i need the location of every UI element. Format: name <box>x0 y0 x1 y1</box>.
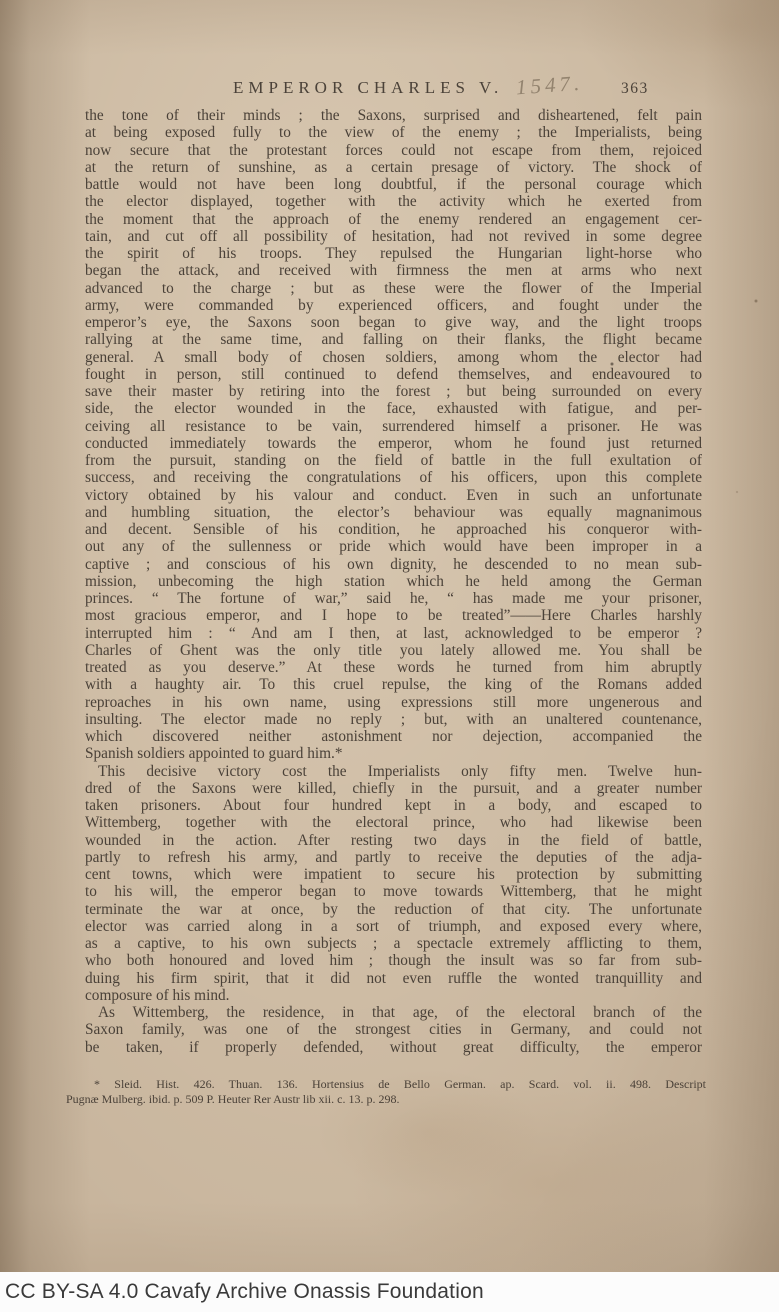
text-line: as a captive, to his own subjects ; a sp… <box>85 935 702 952</box>
text-line: Pugnæ Mulberg. ibid. p. 509 P. Heuter Re… <box>66 1092 706 1107</box>
text-line: captive ; and conscious of his own digni… <box>85 556 702 573</box>
text-line: the moment that the approach of the enem… <box>85 211 702 228</box>
text-line: victory obtained by his valour and condu… <box>85 487 702 504</box>
text-line: composure of his mind. <box>85 987 702 1004</box>
text-line: conducted immediately towards the empero… <box>85 435 702 452</box>
scanned-book-page: EMPEROR CHARLES V. 1547. 363 the tone of… <box>0 0 779 1272</box>
text-line: out any of the sullenness or pride which… <box>85 538 702 555</box>
text-line: the tone of their minds ; the Saxons, su… <box>85 107 702 124</box>
text-line: treated as you deserve.” At these words … <box>85 659 702 676</box>
text-line: ceiving all resistance to be vain, surre… <box>85 418 702 435</box>
text-line: dred of the Saxons were killed, chiefly … <box>85 780 702 797</box>
text-line: battle would not have been long doubtful… <box>85 176 702 193</box>
page-number: 363 <box>621 80 649 98</box>
text-line: * Sleid. Hist. 426. Thuan. 136. Hortensi… <box>66 1077 706 1092</box>
text-line: Charles of Ghent was the only title you … <box>85 642 702 659</box>
text-line: advanced to the charge ; but as these we… <box>85 280 702 297</box>
text-line: the elector displayed, together with the… <box>85 193 702 210</box>
text-line: partly to refresh his army, and partly t… <box>85 849 702 866</box>
text-line: the spirit of his troops. They repulsed … <box>85 245 702 262</box>
text-line: As Wittemberg, the residence, in that ag… <box>85 1004 702 1021</box>
text-line: now secure that the protestant forces co… <box>85 142 702 159</box>
text-line: save their master by retiring into the f… <box>85 383 702 400</box>
text-line: be taken, if properly defended, without … <box>85 1039 702 1056</box>
text-line: Spanish soldiers appointed to guard him.… <box>85 745 702 762</box>
text-line: at the return of sunshine, as a certain … <box>85 159 702 176</box>
text-line: began the attack, and received with firm… <box>85 262 702 279</box>
text-line: mission, unbecoming the high station whi… <box>85 573 702 590</box>
text-line: to his will, the emperor began to move t… <box>85 883 702 900</box>
text-line: and decent. Sensible of his condition, h… <box>85 521 702 538</box>
text-line: side, the elector wounded in the face, e… <box>85 400 702 417</box>
text-line: terminate the war at once, by the reduct… <box>85 901 702 918</box>
text-line: Wittemberg, together with the electoral … <box>85 814 702 831</box>
text-line: emperor’s eye, the Saxons soon began to … <box>85 314 702 331</box>
text-line: with a haughty air. To this cruel repuls… <box>85 676 702 693</box>
text-line: duing his firm spirit, that it did not e… <box>85 970 702 987</box>
text-line: reproaches in his own name, using expres… <box>85 694 702 711</box>
text-line: success, and receiving the congratulatio… <box>85 469 702 486</box>
running-head-title: EMPEROR CHARLES V. <box>233 78 503 98</box>
text-line: insulting. The elector made no reply ; b… <box>85 711 702 728</box>
text-line: taken prisoners. About four hundred kept… <box>85 797 702 814</box>
text-line: princes. “ The fortune of war,” said he,… <box>85 590 702 607</box>
text-line: elector was carried along in a sort of t… <box>85 918 702 935</box>
body-text-block: the tone of their minds ; the Saxons, su… <box>85 107 702 1056</box>
handwritten-year-annotation: 1547. <box>515 71 584 101</box>
license-text: CC BY-SA 4.0 Cavafy Archive Onassis Foun… <box>0 1280 484 1304</box>
text-line: army, were commanded by experienced offi… <box>85 297 702 314</box>
text-line: fought in person, still continued to def… <box>85 366 702 383</box>
text-line: and humbling situation, the elector’s be… <box>85 504 702 521</box>
text-line: from the pursuit, standing on the field … <box>85 452 702 469</box>
text-line: which discovered neither astonishment no… <box>85 728 702 745</box>
license-caption-bar: CC BY-SA 4.0 Cavafy Archive Onassis Foun… <box>0 1272 779 1312</box>
text-line: This decisive victory cost the Imperiali… <box>85 763 702 780</box>
text-line: at being exposed fully to the view of th… <box>85 124 702 141</box>
text-line: wounded in the action. After resting two… <box>85 832 702 849</box>
text-line: most gracious emperor, and I hope to be … <box>85 607 702 624</box>
text-line: rallying at the same time, and falling o… <box>85 331 702 348</box>
text-line: who both honoured and loved him ; though… <box>85 952 702 969</box>
text-line: general. A small body of chosen soldiers… <box>85 349 702 366</box>
text-line: interrupted him : “ And am I then, at la… <box>85 625 702 642</box>
text-line: cent towns, which were impatient to secu… <box>85 866 702 883</box>
text-line: tain, and cut off all possibility of hes… <box>85 228 702 245</box>
footnote-block: * Sleid. Hist. 426. Thuan. 136. Hortensi… <box>66 1077 706 1107</box>
text-line: Saxon family, was one of the strongest c… <box>85 1021 702 1038</box>
